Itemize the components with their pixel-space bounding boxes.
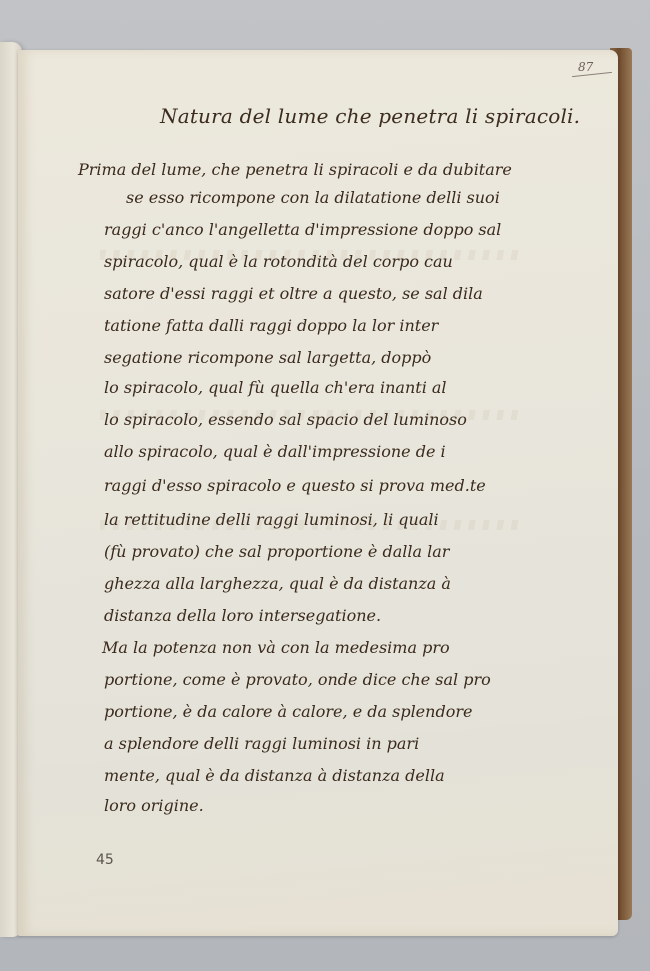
text-line: portione, come è provato, onde dice che … [104, 670, 491, 689]
text-line: tatione fatta dalli raggi doppo la lor i… [104, 316, 438, 335]
text-line: Ma la potenza non và con la medesima pro [102, 638, 450, 657]
text-line: se esso ricompone con la dilatatione del… [126, 188, 500, 207]
text-line: satore d'essi raggi et oltre a questo, s… [104, 284, 483, 303]
text-line: (fù provato) che sal proportione è dalla… [104, 542, 449, 561]
page-number: 87 [578, 60, 593, 74]
text-line: raggi d'esso spiracolo e questo si prova… [104, 476, 486, 495]
folio-mark: 45 [96, 852, 114, 868]
text-line: segatione ricompone sal largetta, doppò [104, 348, 431, 367]
text-line: a splendore delli raggi luminosi in pari [104, 734, 419, 753]
text-line: lo spiracolo, essendo sal spacio del lum… [104, 410, 467, 429]
text-line: la rettitudine delli raggi luminosi, li … [104, 510, 439, 529]
text-line: allo spiracolo, qual è dall'impressione … [104, 442, 446, 461]
text-line: ghezza alla larghezza, qual è da distanz… [104, 574, 451, 593]
text-line: spiracolo, qual è la rotondità del corpo… [104, 252, 453, 271]
text-line: distanza della loro intersegatione. [104, 606, 381, 625]
text-line: mente, qual è da distanza à distanza del… [104, 766, 445, 785]
text-line: lo spiracolo, qual fù quella ch'era inan… [104, 378, 447, 397]
text-line: raggi c'anco l'angelletta d'impressione … [104, 220, 501, 239]
text-line: loro origine. [104, 796, 204, 815]
text-line: portione, è da calore à calore, e da spl… [104, 702, 472, 721]
text-line: Prima del lume, che penetra li spiracoli… [78, 160, 512, 179]
page-title: Natura del lume che penetra li spiracoli… [160, 104, 580, 128]
